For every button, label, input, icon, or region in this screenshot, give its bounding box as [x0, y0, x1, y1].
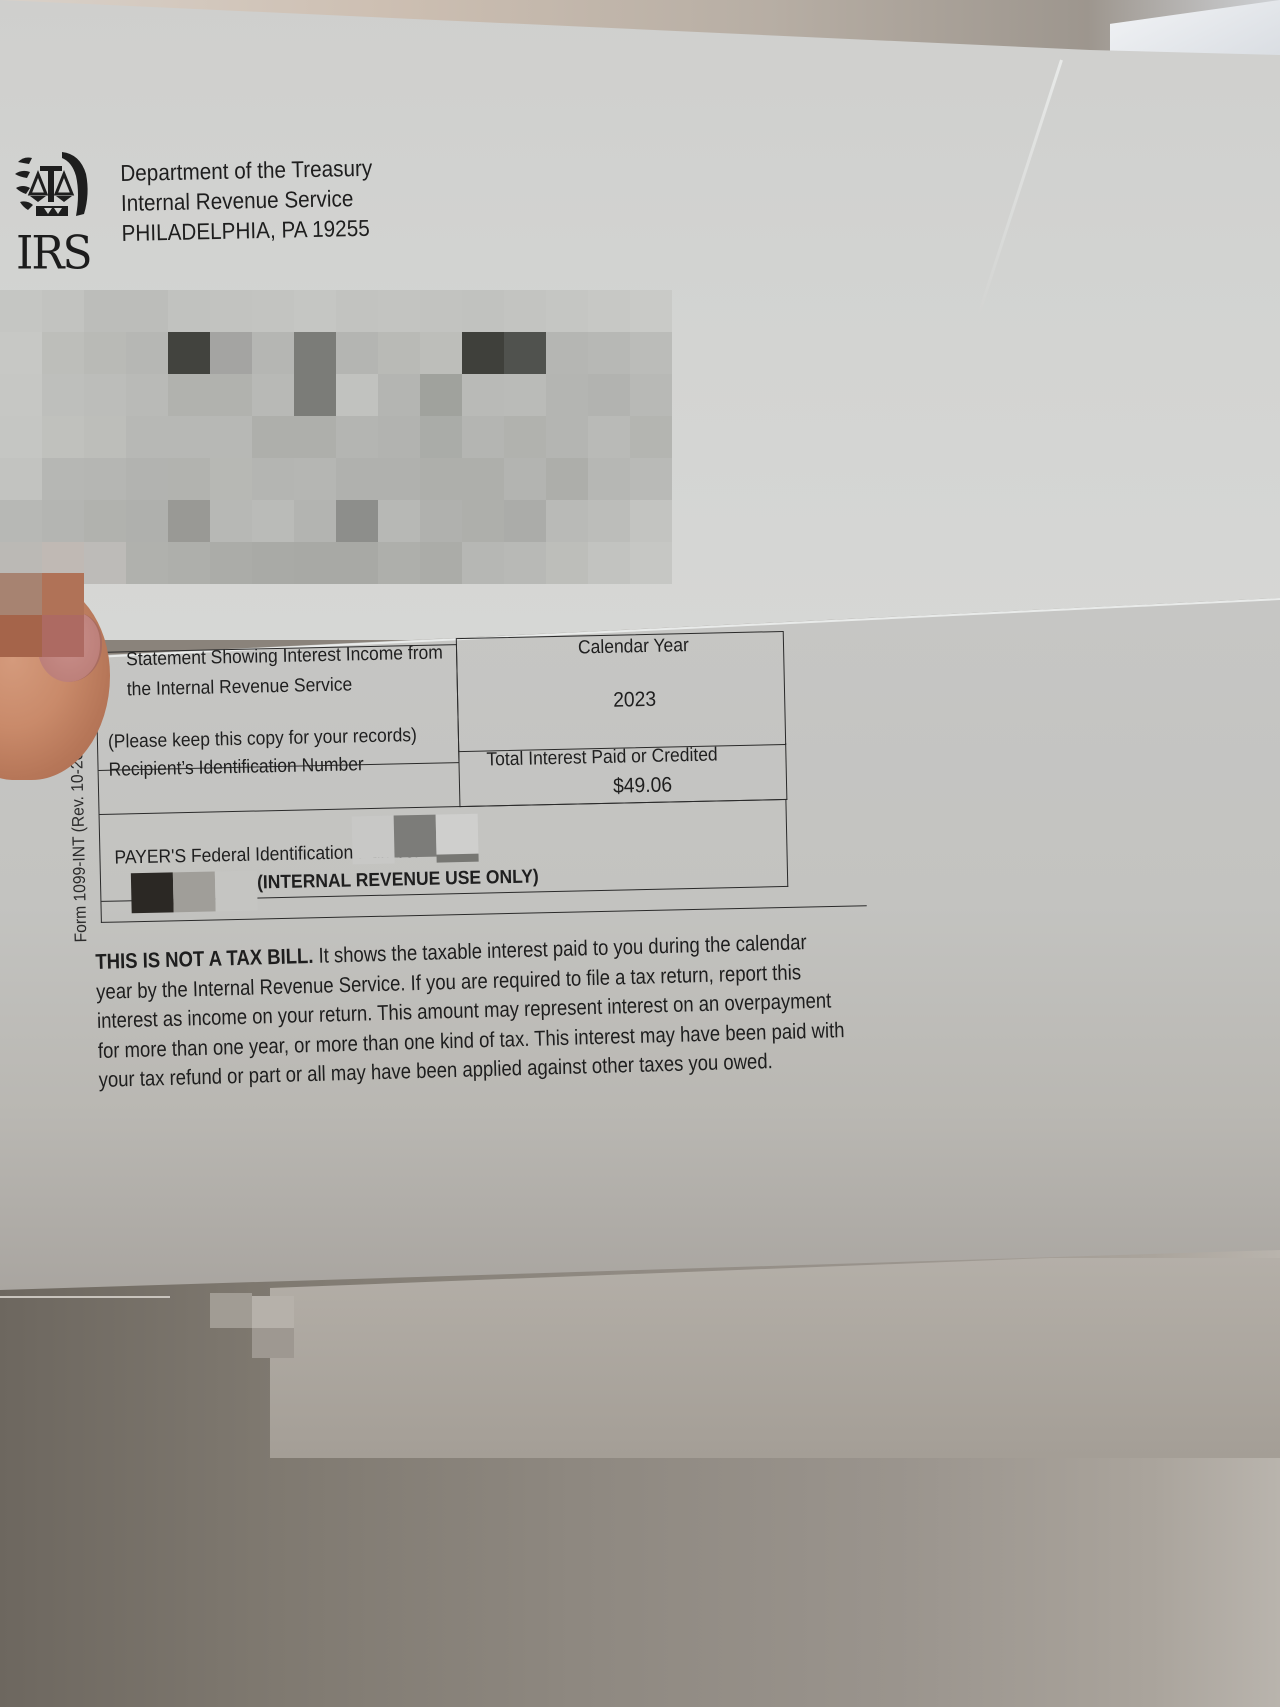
irs-logo: IRS — [8, 148, 98, 273]
redaction-block — [42, 573, 84, 615]
agency-address: Department of the Treasury Internal Reve… — [120, 153, 374, 248]
total-interest-value: $49.06 — [613, 773, 673, 798]
photo-stage: IRS Department of the Treasury Internal … — [0, 0, 1280, 1707]
calendar-year-label: Calendar Year — [578, 635, 689, 659]
redaction-block — [0, 615, 42, 657]
form-table: Statement Showing Interest Income from t… — [95, 635, 867, 923]
redaction-block — [210, 1293, 252, 1328]
redaction-block — [252, 1328, 294, 1358]
irs-wordmark: IRS — [16, 227, 91, 281]
lower-paper-flap — [270, 1258, 1280, 1458]
form-1099-int: Form 1099-INT (Rev. 10-2013) Statement S… — [95, 635, 881, 952]
calendar-year-value: 2023 — [613, 688, 656, 713]
fold-crease — [0, 1296, 170, 1298]
redaction-block — [0, 573, 42, 615]
redaction-block — [252, 1296, 294, 1331]
redaction-block — [42, 615, 84, 657]
notice-bold-lead: THIS IS NOT A TAX BILL. — [95, 944, 314, 974]
address-line-3: PHILADELPHIA, PA 19255 — [121, 213, 374, 248]
not-a-tax-bill-notice: THIS IS NOT A TAX BILL. It shows the tax… — [95, 929, 778, 1095]
irs-eagle-icon — [10, 148, 95, 228]
